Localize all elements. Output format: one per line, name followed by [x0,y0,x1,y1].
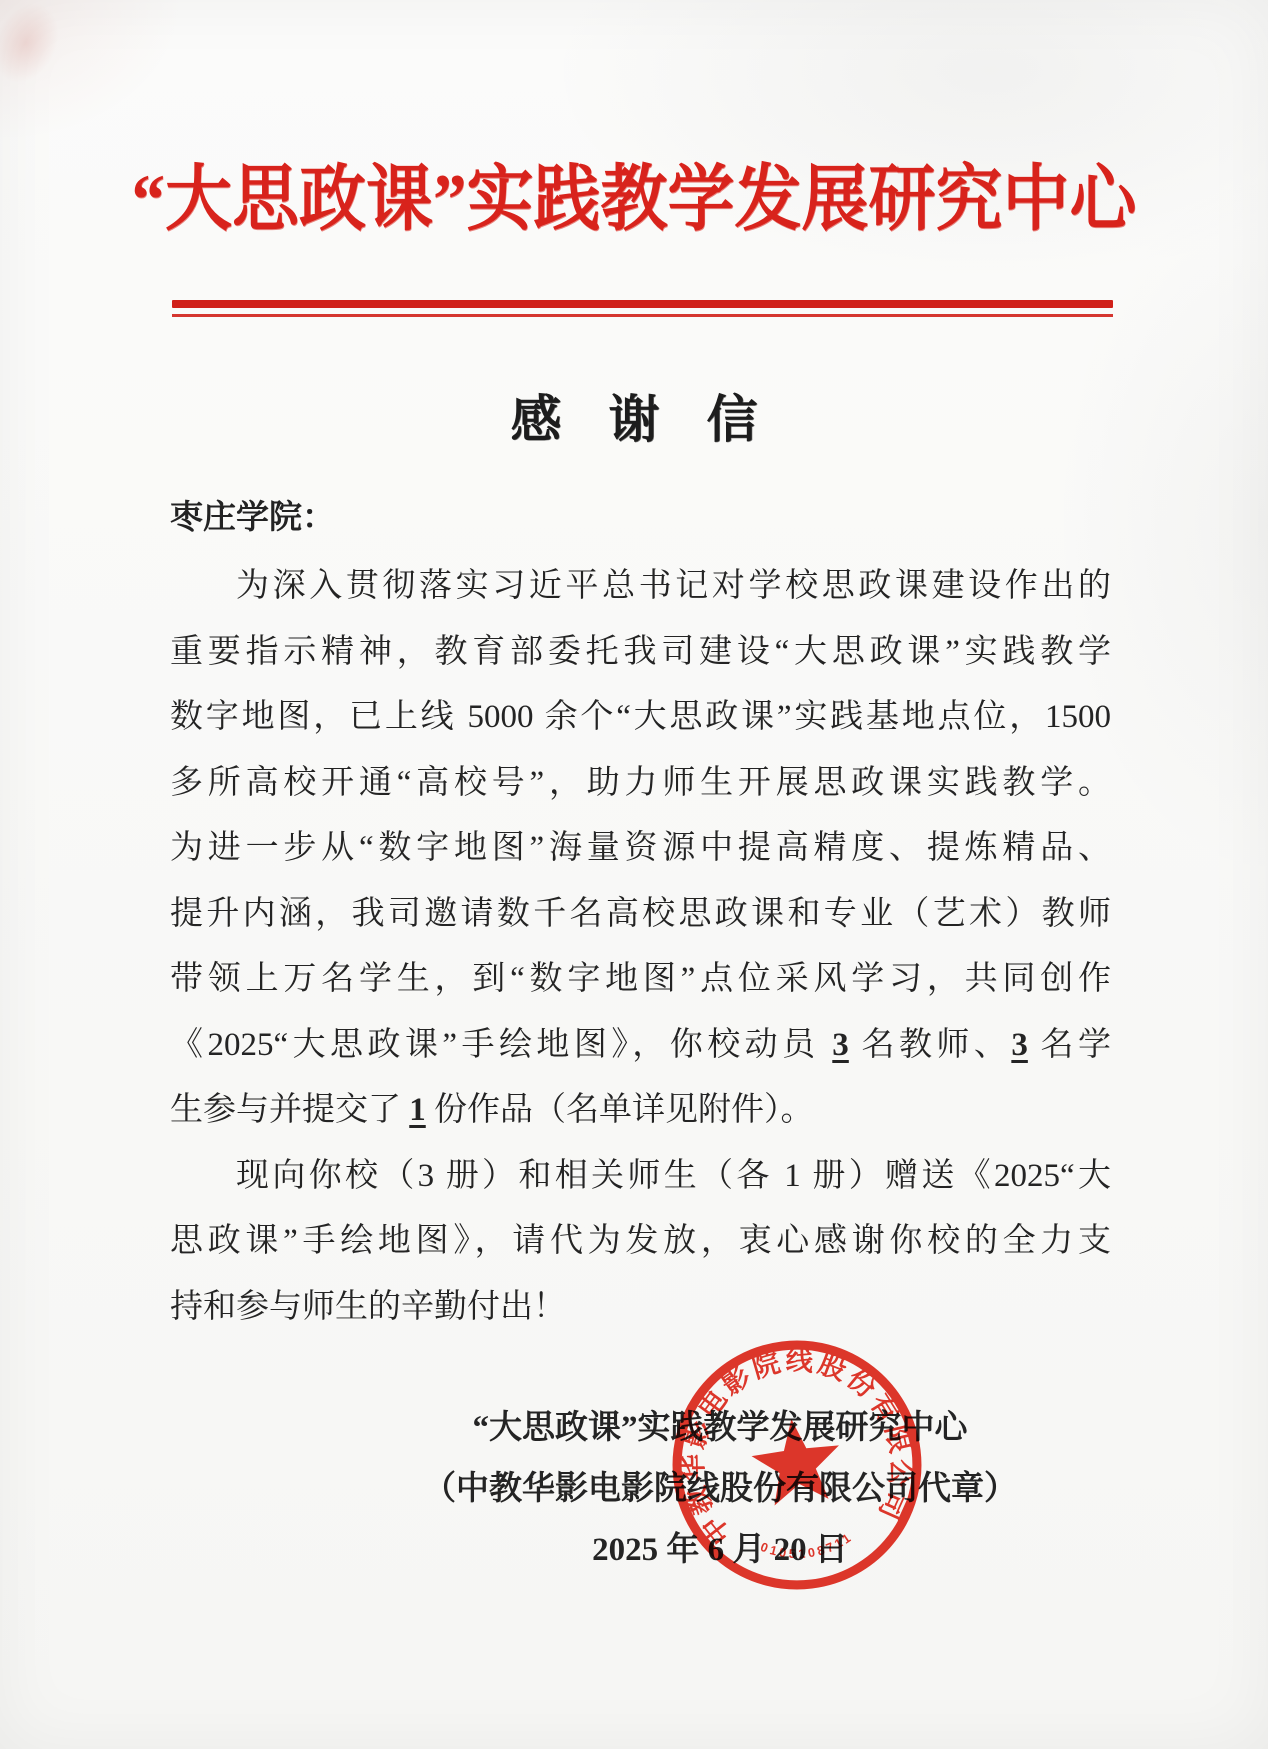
body-line: 持和参与师生的辛勤付出！ [170,1275,1111,1341]
salutation: 枣庄学院： [170,502,335,535]
body-line: 生参与并提交了 1 份作品（名单详见附件）。 [170,1078,1111,1144]
body-line: 多所高校开通“高校号”，助力师生开展思政课实践教学。 [170,751,1111,817]
body-text: 份作品（名单详见附件）。 [426,1092,814,1128]
body-line: 带领上万名学生，到“数字地图”点位采风学习，共同创作 [170,947,1111,1013]
underlined-count: 1 [409,1092,426,1128]
letterhead-rule-thin [172,314,1113,317]
body-text: 生参与并提交了 [170,1092,409,1128]
body-line: 提升内涵，我司邀请数千名高校思政课和专业（艺术）教师 [170,882,1111,948]
body-text: 名学 [1028,1027,1111,1063]
underlined-count: 3 [832,1027,849,1063]
letter-title: 感谢信 [0,378,1268,452]
body-line: 数字地图，已上线 5000 余个“大思政课”实践基地点位，1500 [170,685,1111,751]
scan-smudge [0,0,85,110]
body-line: 思政课”手绘地图》，请代为发放，衷心感谢你校的全力支 [170,1209,1111,1275]
letterhead-title: “大思政课”实践教学发展研究中心 [0,157,1268,244]
scanned-letter-page: “大思政课”实践教学发展研究中心 感谢信 枣庄学院： 为深入贯彻落实习近平总书记… [0,0,1268,1749]
body-text: 《2025“大思政课”手绘地图》，你校动员 [170,1027,832,1063]
letterhead-rule-thick [172,300,1113,308]
seal-number: 0105108711 [757,1529,857,1567]
letter-title-text: 感谢信 [463,393,804,449]
body-line: 为深入贯彻落实习近平总书记对学校思政课建设作出的 [170,554,1111,620]
body-paragraphs: 为深入贯彻落实习近平总书记对学校思政课建设作出的 重要指示精神，教育部委托我司建… [170,554,1111,1340]
body-line: 现向你校（3 册）和相关师生（各 1 册）赠送《2025“大 [170,1144,1111,1210]
body-text: 名教师、 [849,1027,1012,1063]
official-seal: 中教华影电影院线股份有限公司 0105108711 [653,1321,941,1609]
seal-star-icon [748,1414,846,1508]
body-line: 《2025“大思政课”手绘地图》，你校动员 3 名教师、3 名学 [170,1013,1111,1079]
body-line: 为进一步从“数字地图”海量资源中提高精度、提炼精品、 [170,816,1111,882]
underlined-count: 3 [1011,1027,1028,1063]
body-line: 重要指示精神，教育部委托我司建设“大思政课”实践教学 [170,620,1111,686]
